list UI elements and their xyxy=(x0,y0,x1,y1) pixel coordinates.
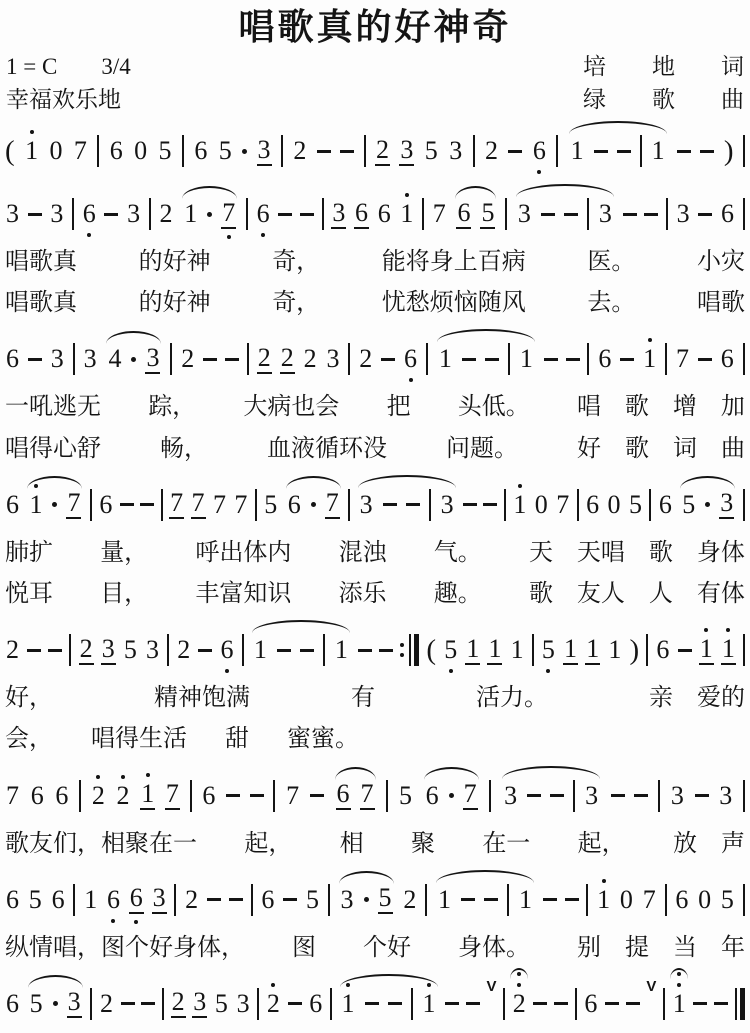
note-glyph: 1 xyxy=(438,346,453,372)
note-glyph: 7 xyxy=(285,783,300,809)
note-glyph: 6 xyxy=(674,887,689,913)
dash-note xyxy=(300,213,314,216)
lyric-segment: 甜 xyxy=(225,724,249,755)
note: 1 xyxy=(341,991,356,1017)
note: 3 xyxy=(49,201,64,227)
barline xyxy=(348,489,350,521)
note-glyph: 1 xyxy=(334,637,349,663)
dash-note xyxy=(140,503,154,506)
note: 1 xyxy=(651,138,666,164)
note-glyph: 1 xyxy=(487,636,502,665)
slur-group: 17 xyxy=(26,490,83,519)
note: 6 xyxy=(308,991,323,1017)
song-title: 唱歌真的好神奇 xyxy=(0,0,750,50)
note: 0 xyxy=(534,492,549,518)
note: 3 xyxy=(670,783,685,809)
dash-note xyxy=(623,213,637,216)
lyric-line: 悦耳目，丰富知识添乐趣。歌 友人 人 有体 xyxy=(0,574,750,615)
note: 6 xyxy=(260,887,275,913)
dash-note xyxy=(207,898,221,901)
octave-dot-below-icon xyxy=(87,233,91,237)
dash-note xyxy=(462,358,476,361)
note: 6 xyxy=(30,783,45,809)
note: 6 xyxy=(220,637,235,663)
note-glyph: 6 xyxy=(5,991,20,1017)
note: 1 xyxy=(438,346,453,372)
note-glyph: 7 xyxy=(555,492,570,518)
barline xyxy=(503,988,505,1020)
note: 0 xyxy=(619,887,634,913)
note: 1 xyxy=(422,991,437,1017)
note-glyph: 2 xyxy=(292,138,307,164)
barline xyxy=(587,198,589,230)
note-glyph: 6 xyxy=(720,346,735,372)
barline xyxy=(743,489,745,521)
note-glyph: 1 xyxy=(510,637,525,663)
dash-note xyxy=(379,649,393,652)
dash-note xyxy=(381,358,395,361)
note-glyph: 6 xyxy=(256,201,271,227)
dash-note xyxy=(644,213,658,216)
lyric-segment: 唱得心舒 xyxy=(5,434,101,465)
note: 6 xyxy=(425,783,440,809)
note: 3 xyxy=(236,991,251,1017)
lyric-segment: 血液循环没 xyxy=(267,434,387,465)
dash-note xyxy=(388,1002,402,1005)
barline xyxy=(364,135,366,167)
fermata-icon xyxy=(510,968,528,979)
slur-group: 67 xyxy=(423,781,480,810)
note-glyph: 7 xyxy=(169,490,184,519)
note-glyph: 3 xyxy=(192,989,207,1018)
note: 2 xyxy=(5,637,20,663)
dash-note xyxy=(27,649,41,652)
note: 5 xyxy=(263,492,278,518)
barline xyxy=(505,198,507,230)
barline xyxy=(743,780,745,812)
lyric-segment: 奇， xyxy=(272,288,320,319)
note-glyph: 7 xyxy=(66,490,81,519)
note-glyph: 2 xyxy=(79,636,94,665)
sheet-music-page: 唱歌真的好神奇 1 = C 3/4 培 地 词 幸福欢乐地 绿 歌 曲 (107… xyxy=(0,0,750,1033)
note: 3 xyxy=(399,137,414,166)
lyric-segment: 歌友们，相聚在一 xyxy=(5,829,197,860)
dash-note xyxy=(225,358,239,361)
note-glyph: 2 xyxy=(116,783,131,809)
barline xyxy=(666,198,668,230)
note: 5 xyxy=(443,637,458,663)
note: 7 xyxy=(675,346,690,372)
dash-note xyxy=(288,1002,302,1005)
barline xyxy=(473,135,475,167)
lyric-segment: 悦耳 xyxy=(5,579,53,610)
note-glyph: 1 xyxy=(183,201,198,227)
note-glyph: 6 xyxy=(532,138,547,164)
octave-dot-below-icon xyxy=(449,669,453,673)
note-glyph: 3 xyxy=(236,991,251,1017)
note-glyph: 3 xyxy=(598,201,613,227)
dash-note xyxy=(28,358,42,361)
lyric-segment: 头低。 xyxy=(458,392,530,423)
note: 5 xyxy=(158,138,173,164)
note-glyph: 6 xyxy=(597,346,612,372)
note: 4 xyxy=(107,346,122,372)
note: 0 xyxy=(48,138,63,164)
note-glyph: 2 xyxy=(266,991,281,1017)
dash-note xyxy=(485,358,499,361)
note: 2 xyxy=(266,991,281,1017)
note-glyph: 3 xyxy=(331,200,346,229)
note: 3 xyxy=(448,138,463,164)
dash-note xyxy=(700,150,714,153)
slur-group: 35 xyxy=(338,885,395,914)
lyric-segment: 纵情唱，图个好身体， xyxy=(5,933,245,964)
note: 3 xyxy=(340,887,355,913)
dash-note xyxy=(466,1002,480,1005)
barline xyxy=(646,634,648,666)
barline xyxy=(640,135,642,167)
note: 6 xyxy=(193,138,208,164)
octave-dot-above-icon xyxy=(30,130,34,134)
note-glyph: 2 xyxy=(5,637,20,663)
lyric-segment: 聚 xyxy=(411,829,435,860)
dash-note xyxy=(358,649,372,652)
dash-note xyxy=(617,150,631,153)
note-glyph: 5 xyxy=(398,783,413,809)
note: 3 xyxy=(719,490,734,519)
note: 6 xyxy=(109,138,124,164)
lyric-segment: 活力。 xyxy=(476,683,548,714)
note: 3 xyxy=(331,200,346,229)
barline xyxy=(411,988,413,1020)
barline xyxy=(649,489,651,521)
barline xyxy=(658,780,660,812)
note-glyph: 1 xyxy=(721,636,736,665)
dash-note xyxy=(626,1002,640,1005)
augmentation-dot-icon xyxy=(705,502,710,507)
dash-note xyxy=(300,649,314,652)
note-glyph: 7 xyxy=(675,346,690,372)
slur-group: 33 xyxy=(515,198,615,230)
music-line: 766221767675673333 xyxy=(0,761,750,824)
breath-mark-icon: V xyxy=(486,978,496,995)
lyric-segment: 的好神 xyxy=(139,288,211,319)
lyric-segment: 精神饱满 xyxy=(154,683,250,714)
dash-note xyxy=(226,794,240,797)
note-glyph: 2 xyxy=(358,346,373,372)
note: 3 xyxy=(145,345,160,374)
lyric-segment: 歌 友人 人 有体 xyxy=(529,579,745,610)
barline xyxy=(242,634,244,666)
note-glyph: 5 xyxy=(480,200,495,229)
note: 1 xyxy=(519,346,534,372)
note: 6 xyxy=(51,887,66,913)
note-glyph: 3 xyxy=(340,887,355,913)
note: 2 xyxy=(402,887,417,913)
note-glyph: 6 xyxy=(109,138,124,164)
note: 1 xyxy=(399,201,414,227)
note-glyph: 1 xyxy=(585,636,600,665)
dash-note xyxy=(310,794,324,797)
note-glyph: 1 xyxy=(699,636,714,665)
lyric-line: 纵情唱，图个好身体，图个好身体。别 提 当 年 xyxy=(0,928,750,969)
lyric-segment: 丰富知识 xyxy=(195,579,291,610)
note: 5 xyxy=(29,991,44,1017)
lyric-segment: 呼出体内 xyxy=(195,538,291,569)
note-glyph: 2 xyxy=(375,137,390,166)
slur-group: 53 xyxy=(27,989,84,1018)
note: 2 xyxy=(375,137,390,166)
lyric-segment: 唱歌真 xyxy=(5,247,77,278)
note-glyph: 2 xyxy=(176,637,191,663)
octave-dot-below-icon xyxy=(409,378,413,382)
note: 7 xyxy=(73,138,88,164)
music-line: 653223532611V26V1 xyxy=(0,969,750,1032)
note-glyph: 1 xyxy=(465,636,480,665)
barline xyxy=(743,343,745,375)
note-glyph: 6 xyxy=(456,200,471,229)
barline xyxy=(665,884,667,916)
note-glyph: 6 xyxy=(425,783,440,809)
note-glyph: 5 xyxy=(681,492,696,518)
note-glyph: 6 xyxy=(5,346,20,372)
dash-note xyxy=(277,649,291,652)
note-glyph: 7 xyxy=(221,200,236,229)
note-glyph: 3 xyxy=(126,201,141,227)
note-glyph: 3 xyxy=(83,346,98,372)
note-glyph: 7 xyxy=(212,492,227,518)
repeat-dots-icon xyxy=(400,643,404,657)
barline xyxy=(97,135,99,167)
dash-note xyxy=(198,649,212,652)
note: 2 xyxy=(184,887,199,913)
barline xyxy=(167,634,169,666)
note: 5 xyxy=(218,138,233,164)
dash-note xyxy=(678,649,692,652)
note: 7 xyxy=(169,490,184,519)
barline xyxy=(255,489,257,521)
note: 3 xyxy=(126,201,141,227)
lyric-segment: 去。 xyxy=(587,288,635,319)
note-glyph: 1 xyxy=(253,637,268,663)
dash-note xyxy=(141,1002,155,1005)
note-glyph: 1 xyxy=(83,887,98,913)
note-glyph: 2 xyxy=(484,138,499,164)
lyric-segment: 好 歌 词 曲 xyxy=(577,434,745,465)
note-glyph: 6 xyxy=(583,991,598,1017)
composer-credit: 绿 歌 曲 xyxy=(583,84,744,115)
octave-dot-above-icon xyxy=(96,775,100,779)
lyric-line: 歌友们，相聚在一起，相聚在一起，放 声 xyxy=(0,824,750,865)
note-glyph: 2 xyxy=(257,345,272,374)
note: 6 xyxy=(655,637,670,663)
note-glyph: 7 xyxy=(233,492,248,518)
note: 6 xyxy=(674,887,689,913)
lyric-segment: 肺扩 xyxy=(5,538,53,569)
barline xyxy=(489,780,491,812)
note-glyph: 0 xyxy=(534,492,549,518)
slur-group: 17 xyxy=(181,200,238,229)
note-glyph: 1 xyxy=(607,637,622,663)
note-glyph: 2 xyxy=(91,783,106,809)
note: 5 xyxy=(541,637,556,663)
dash-note xyxy=(594,150,608,153)
note-glyph: 7 xyxy=(73,138,88,164)
lyric-segment: 添乐 xyxy=(339,579,387,610)
note: 5 xyxy=(720,887,735,913)
note-glyph: 3 xyxy=(517,201,532,227)
lyric-segment: 量， xyxy=(100,538,148,569)
music-line: 656166326535211107605 xyxy=(0,865,750,928)
note-glyph: 1 xyxy=(140,781,155,810)
lyric-line: 唱歌真的好神奇，忧愁烦恼随风去。唱歌 xyxy=(0,283,750,324)
barline xyxy=(743,135,745,167)
note: 6 xyxy=(597,346,612,372)
note-glyph: 3 xyxy=(584,783,599,809)
note: 6 xyxy=(287,492,302,518)
note-glyph: 6 xyxy=(5,887,20,913)
note-glyph: 3 xyxy=(5,201,20,227)
note-glyph: 3 xyxy=(50,346,65,372)
note-glyph: 6 xyxy=(54,783,69,809)
barline xyxy=(743,198,745,230)
note: 1 xyxy=(437,887,452,913)
barline xyxy=(251,884,253,916)
lyric-segment: 奇， xyxy=(272,247,320,278)
note-glyph: 1 xyxy=(512,492,527,518)
note-glyph: 3 xyxy=(670,783,685,809)
parenthesis: ( xyxy=(426,636,436,665)
note-glyph: 7 xyxy=(5,783,20,809)
note: 3 xyxy=(598,201,613,227)
note: 7 xyxy=(285,783,300,809)
note: 1 xyxy=(512,492,527,518)
barline xyxy=(90,988,92,1020)
note: 5 xyxy=(305,887,320,913)
dash-note xyxy=(527,794,541,797)
dash-note xyxy=(605,1002,619,1005)
dash-note xyxy=(203,358,217,361)
lyric-segment: 唱得生活 xyxy=(91,724,187,755)
note: 3 xyxy=(50,346,65,372)
dash-note xyxy=(121,1002,135,1005)
note-glyph: 5 xyxy=(305,887,320,913)
note-glyph: 1 xyxy=(570,138,585,164)
augmentation-dot-icon xyxy=(242,149,247,154)
parenthesis: ) xyxy=(724,137,734,166)
note: 6 xyxy=(54,783,69,809)
barline xyxy=(426,343,428,375)
lyric-segment: 蜜蜜。 xyxy=(287,724,359,755)
dash-note xyxy=(564,213,578,216)
note: 1 xyxy=(183,201,198,227)
barline xyxy=(743,884,745,916)
barline xyxy=(330,988,332,1020)
note: 2 xyxy=(280,345,295,374)
note-glyph: 1 xyxy=(651,138,666,164)
lyric-segment: 个好 xyxy=(363,933,411,964)
dash-note xyxy=(340,150,354,153)
note-glyph: 6 xyxy=(403,346,418,372)
parenthesis: ) xyxy=(629,636,639,665)
barline xyxy=(170,343,172,375)
note-glyph: 6 xyxy=(82,201,97,227)
note-glyph: 6 xyxy=(98,492,113,518)
lyric-segment: 大病也会 xyxy=(243,392,339,423)
note-glyph: 6 xyxy=(308,991,323,1017)
note: 3 xyxy=(440,492,455,518)
octave-dot-below-icon xyxy=(227,235,231,239)
note: 3 xyxy=(152,885,167,914)
octave-dot-above-icon xyxy=(427,983,431,987)
note: 3 xyxy=(83,346,98,372)
note: 7 xyxy=(555,492,570,518)
note: 1 xyxy=(721,636,736,665)
dash-note xyxy=(544,358,558,361)
note: 3 xyxy=(676,201,691,227)
dash-note xyxy=(620,358,634,361)
augmentation-dot-icon xyxy=(449,793,454,798)
octave-dot-below-icon xyxy=(261,233,265,237)
note-glyph: 6 xyxy=(354,200,369,229)
note: 5 xyxy=(424,138,439,164)
music-line: 6176777756733107605653 xyxy=(0,470,750,533)
note: 1 xyxy=(334,637,349,663)
note: 1 xyxy=(699,636,714,665)
note-glyph: 3 xyxy=(448,138,463,164)
note-glyph: 7 xyxy=(432,201,447,227)
note: 6 xyxy=(403,346,418,372)
barline xyxy=(73,343,75,375)
note-glyph: 5 xyxy=(218,138,233,164)
dash-note xyxy=(120,503,134,506)
dash-note xyxy=(250,794,264,797)
note: 2 xyxy=(116,783,131,809)
note: 3 xyxy=(517,201,532,227)
note-glyph: 3 xyxy=(49,201,64,227)
note: 1 xyxy=(672,991,687,1017)
lyric-segment: 唱歌 xyxy=(697,288,745,319)
header-row-2: 幸福欢乐地 绿 歌 曲 xyxy=(0,83,750,116)
barline xyxy=(161,489,163,521)
note: 6 xyxy=(585,492,600,518)
note: 6 xyxy=(720,201,735,227)
note-glyph: 5 xyxy=(158,138,173,164)
lyric-segment: 唱歌真 xyxy=(5,288,77,319)
time-signature: 3/4 xyxy=(101,51,130,82)
dash-note xyxy=(484,898,498,901)
dash-note xyxy=(383,503,397,506)
barline xyxy=(79,780,81,812)
note-glyph: 3 xyxy=(145,345,160,374)
barline xyxy=(422,198,424,230)
octave-dot-below-icon xyxy=(134,920,138,924)
barline xyxy=(556,135,558,167)
music-line: (107605653223532611) xyxy=(0,116,750,179)
note-glyph: 0 xyxy=(619,887,634,913)
note: 3 xyxy=(67,989,82,1018)
slur-group: 67 xyxy=(285,490,342,519)
note-glyph: 6 xyxy=(106,887,121,913)
note: 0 xyxy=(133,138,148,164)
augmentation-dot-icon xyxy=(364,897,369,902)
dash-note xyxy=(483,503,497,506)
note-glyph: 2 xyxy=(171,989,186,1018)
expression-marking: 幸福欢乐地 xyxy=(6,84,121,115)
note: 1 xyxy=(28,492,43,518)
dash-note xyxy=(565,898,579,901)
barline xyxy=(665,343,667,375)
